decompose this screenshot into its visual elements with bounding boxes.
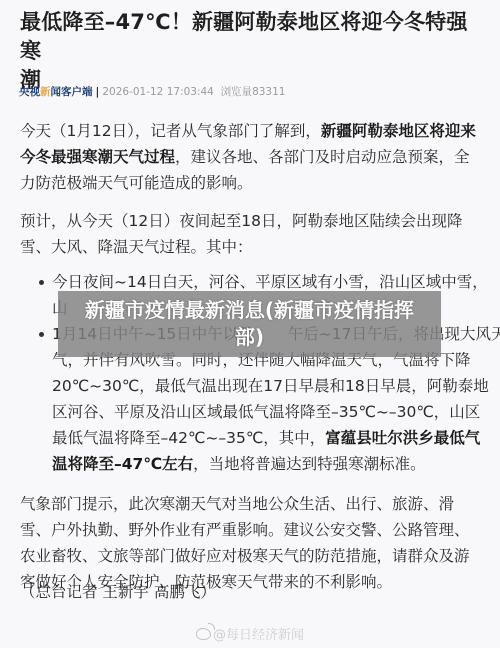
source-name[interactable]: 央视新闻客户端 bbox=[19, 86, 93, 98]
headline-overlay-banner[interactable]: 新疆市疫情最新消息(新疆市疫情指挥部) bbox=[58, 291, 441, 357]
text: 区河谷、平原及沿山区域最低气温将降至–35℃~–30℃，山区 bbox=[52, 399, 472, 425]
bullet-dot-icon bbox=[39, 280, 44, 285]
text: 农业畜牧、文旅等部门做好应对极寒天气的防范措施，请群众及游 bbox=[20, 543, 472, 569]
text: 雪、大风、降温天气过程。其中： bbox=[20, 234, 472, 260]
watermark-text: @每日经济新闻 bbox=[213, 624, 304, 643]
text: 20℃~30℃，最低气温出现在17日早晨和18日早晨，阿勒泰地 bbox=[52, 373, 472, 399]
article-title: 最低降至–47℃！新疆阿勒泰地区将迎今冬特强寒 潮 bbox=[20, 8, 480, 95]
overlay-headline-text: 新疆市疫情最新消息(新疆市疫情指挥部) bbox=[75, 297, 425, 351]
source-highlight: 新 bbox=[40, 86, 51, 98]
watermark: @每日经济新闻 bbox=[196, 624, 304, 643]
text: ，建议各地、各部门及时启动应急预案，全 bbox=[175, 148, 470, 166]
text: 雪、户外执勤、野外作业有严重影响。建议公安交警、公路管理、 bbox=[20, 517, 472, 543]
source-part-2: 闻客户端 bbox=[51, 86, 93, 98]
views-count: 83311 bbox=[252, 86, 285, 98]
article-meta: 央视新闻客户端|2026-01-12 17:03:44 浏览量83311 bbox=[19, 85, 285, 99]
article-page: 最低降至–47℃！新疆阿勒泰地区将迎今冬特强寒 潮 央视新闻客户端|2026-0… bbox=[0, 0, 500, 648]
text: 预计，从今天（12日）夜间起至18日，阿勒泰地区陆续会出现降 bbox=[20, 208, 472, 234]
meta-separator: | bbox=[96, 86, 100, 98]
bold-text: 温将降至–47℃左右 bbox=[52, 455, 193, 473]
weibo-icon bbox=[196, 628, 211, 640]
bold-text: 今冬最强寒潮天气过程 bbox=[20, 148, 175, 166]
text: 力防范极端天气可能造成的影响。 bbox=[20, 170, 472, 196]
paragraph-intro: 今天（1月12日），记者从气象部门了解到，新疆阿勒泰地区将迎来 今冬最强寒潮天气… bbox=[20, 118, 472, 196]
text: 今日夜间~14日白天，河谷、平原区域有小雪，沿山区域中雪， bbox=[52, 273, 488, 291]
text: 今天（1月12日），记者从气象部门了解到， bbox=[20, 122, 321, 140]
bold-text: 新疆阿勒泰地区将迎来 bbox=[321, 122, 476, 140]
bold-text: 富蕴县吐尔洪乡最低气 bbox=[325, 429, 480, 447]
title-line-1: 最低降至–47℃！新疆阿勒泰地区将迎今冬特强寒 bbox=[20, 10, 468, 63]
source-part-1: 央视 bbox=[19, 86, 40, 98]
views-label: 浏览量 bbox=[221, 86, 253, 98]
text: 气象部门提示，此次寒潮天气对当地公众生活、出行、旅游、滑 bbox=[20, 491, 472, 517]
publish-datetime: 2026-01-12 17:03:44 bbox=[102, 86, 214, 98]
text: 最低气温将降至–42℃~–35℃，其中， bbox=[52, 429, 325, 447]
paragraph-forecast: 预计，从今天（12日）夜间起至18日，阿勒泰地区陆续会出现降 雪、大风、降温天气… bbox=[20, 208, 472, 260]
reporter-byline: （总台记者 王新宇 高鹏飞） bbox=[20, 579, 216, 605]
text: ，当地将普遍达到特强寒潮标准。 bbox=[193, 455, 426, 473]
bullet-dot-icon bbox=[39, 332, 44, 337]
